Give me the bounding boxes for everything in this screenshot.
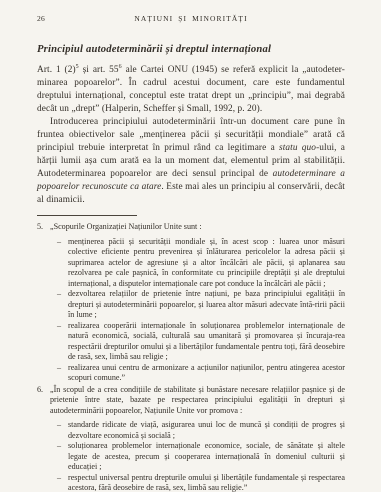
footnote-separator — [37, 215, 137, 216]
footnote-bullet-item: – realizarea unui centru de armonizare a… — [57, 363, 345, 384]
dash-marker: – — [57, 473, 68, 492]
footnote-number: 5. — [37, 222, 50, 384]
footnote-bullet-item: – dezvoltarea relațiilor de prietenie în… — [57, 289, 345, 321]
footnote-intro: „Scopurile Organizației Națiunilor Unite… — [50, 222, 345, 233]
page-number: 26 — [37, 14, 45, 23]
footnote-intro: „În scopul de a crea condițiile de stabi… — [50, 385, 345, 417]
footnote-bullet-item: – realizarea cooperării internaționale î… — [57, 321, 345, 363]
text-segment-italic: statu quo — [279, 143, 316, 153]
footnote-bullet-text: respectul universal pentru drepturile om… — [68, 473, 345, 492]
book-page: 26 NAȚIUNI ȘI MINORITĂȚI Principiul auto… — [0, 0, 381, 492]
dash-marker: – — [57, 363, 68, 384]
footnote-6: 6. „În scopul de a crea condițiile de st… — [37, 385, 345, 492]
footnote-bullet-text: soluționarea problemelor internaționale … — [68, 441, 345, 473]
dash-marker: – — [57, 321, 68, 363]
page-header: 26 NAȚIUNI ȘI MINORITĂȚI — [37, 14, 345, 24]
footnote-bullet-text: realizarea unui centru de armonizare a a… — [68, 363, 345, 384]
footnote-bullet-item: – standarde ridicate de viață, asigurare… — [57, 420, 345, 441]
dash-marker: – — [57, 237, 68, 290]
dash-marker: – — [57, 420, 68, 441]
footnote-bullet-item: – menținerea păcii și securității mondia… — [57, 237, 345, 290]
section-title: Principiul autodeterminării și dreptul i… — [37, 44, 345, 55]
text-segment: Art. 1 (2) — [37, 65, 76, 75]
footnote-content: „În scopul de a crea condițiile de stabi… — [50, 385, 345, 492]
footnote-bullet-text: dezvoltarea relațiilor de prietenie într… — [68, 289, 345, 321]
footnote-bullet-list: – menținerea păcii și securității mondia… — [57, 237, 345, 384]
footnote-bullet-item: – soluționarea problemelor internațional… — [57, 441, 345, 473]
paragraph-2: Introducerea principiului autodeterminăr… — [37, 116, 345, 207]
footnote-content: „Scopurile Organizației Națiunilor Unite… — [50, 222, 345, 384]
text-segment: și art. 55 — [79, 65, 119, 75]
paragraph-1: Art. 1 (2)5 și art. 556 ale Cartei ONU (… — [37, 64, 345, 116]
footnote-bullet-list: – standarde ridicate de viață, asigurare… — [57, 420, 345, 492]
footnote-bullet-item: – respectul universal pentru drepturile … — [57, 473, 345, 492]
footnote-5: 5. „Scopurile Organizației Națiunilor Un… — [37, 222, 345, 384]
dash-marker: – — [57, 441, 68, 473]
footnote-bullet-text: realizarea cooperării internaționale în … — [68, 321, 345, 363]
dash-marker: – — [57, 289, 68, 321]
footnote-bullet-text: standarde ridicate de viață, asigurarea … — [68, 420, 345, 441]
footnote-bullet-text: menținerea păcii și securității mondiale… — [68, 237, 345, 290]
running-title: NAȚIUNI ȘI MINORITĂȚI — [37, 14, 345, 23]
footnote-number: 6. — [37, 385, 50, 492]
